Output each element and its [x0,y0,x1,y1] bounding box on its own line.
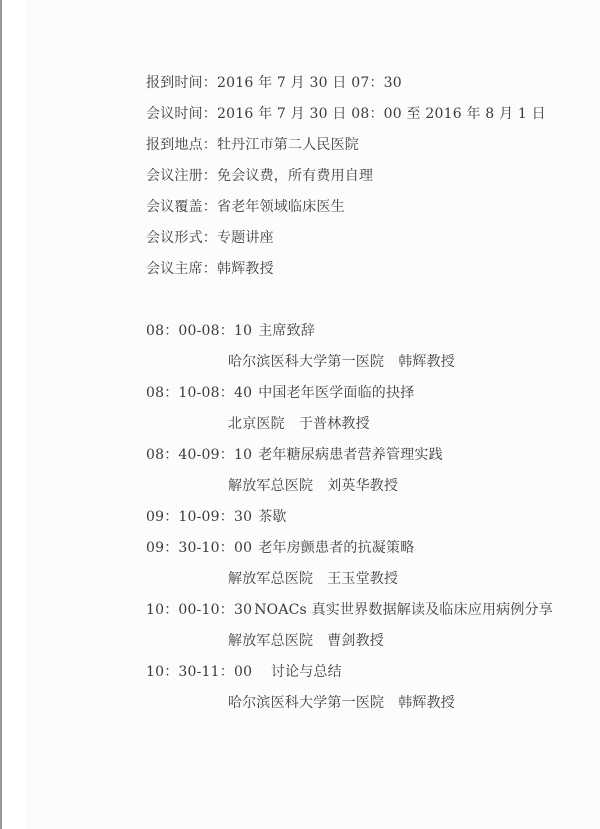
info-label: 会议注册： [146,168,217,184]
agenda-topic: 中国老年医学面临的抉择 [258,385,414,401]
info-meeting-registration: 会议注册：免会议费，所有费用自理 [146,167,373,185]
agenda-time: 09：10-09：30 [146,509,252,525]
agenda-item-speaker: 哈尔滨医科大学第一医院韩辉教授 [228,353,455,371]
info-label: 会议覆盖： [146,199,217,215]
info-value: 省老年领域临床医生 [217,199,345,215]
agenda-item-time-topic: 10：30-11：00 讨论与总结 [146,663,342,681]
agenda-institution: 解放军总医院 [228,633,313,649]
agenda-item-speaker: 解放军总医院曹剑教授 [228,632,384,650]
agenda-institution: 哈尔滨医科大学第一医院 [228,354,384,370]
info-meeting-chair: 会议主席：韩辉教授 [146,260,274,278]
info-label: 报到地点： [146,137,217,153]
agenda-topic: NOACs 真实世界数据解读及临床应用病例分享 [254,602,553,618]
agenda-institution: 哈尔滨医科大学第一医院 [228,695,384,711]
info-value: 2016 年 7 月 30 日 07：30 [217,75,402,91]
agenda-item-speaker: 解放军总医院王玉堂教授 [228,570,398,588]
info-meeting-coverage: 会议覆盖：省老年领域临床医生 [146,198,345,216]
agenda-topic: 讨论与总结 [266,664,342,680]
agenda-item-time-topic: 08：00-08：10主席致辞 [146,322,315,340]
agenda-speaker: 王玉堂教授 [327,571,398,587]
agenda-topic: 茶歇 [258,509,286,525]
agenda-speaker: 刘英华教授 [327,478,398,494]
agenda-time: 08：00-08：10 [146,323,252,339]
info-meeting-time: 会议时间：2016 年 7 月 30 日 08：00 至 2016 年 8 月 … [146,105,546,123]
info-label: 会议主席： [146,261,217,277]
info-value: 免会议费，所有费用自理 [217,168,373,184]
agenda-institution: 解放军总医院 [228,571,313,587]
agenda-time: 08：40-09：10 [146,447,252,463]
agenda-topic: 老年房颤患者的抗凝策略 [258,540,414,556]
agenda-speaker: 韩辉教授 [398,354,455,370]
agenda-time: 09：30-10：00 [146,540,252,556]
info-registration-location: 报到地点：牡丹江市第二人民医院 [146,136,359,154]
agenda-time: 10：00-10：30 [146,602,252,618]
info-value: 专题讲座 [217,230,274,246]
agenda-time: 10：30-11：00 [146,664,252,680]
info-value: 2016 年 7 月 30 日 08：00 至 2016 年 8 月 1 日 [217,106,546,122]
agenda-item-time-topic: 10：00-10：30NOACs 真实世界数据解读及临床应用病例分享 [146,601,553,619]
agenda-item-time-topic: 09：30-10：00老年房颤患者的抗凝策略 [146,539,414,557]
agenda-institution: 北京医院 [228,416,285,432]
agenda-item-speaker: 解放军总医院刘英华教授 [228,477,398,495]
agenda-item-time-topic: 09：10-09：30茶歇 [146,508,287,526]
agenda-topic: 老年糖尿病患者营养管理实践 [258,447,443,463]
info-value: 牡丹江市第二人民医院 [217,137,359,153]
agenda-speaker: 曹剑教授 [327,633,384,649]
agenda-time: 08：10-08：40 [146,385,252,401]
agenda-item-time-topic: 08：40-09：10老年糖尿病患者营养管理实践 [146,446,443,464]
agenda-item-speaker: 哈尔滨医科大学第一医院韩辉教授 [228,694,455,712]
agenda-item-speaker: 北京医院于普林教授 [228,415,370,433]
agenda-item-time-topic: 08：10-08：40中国老年医学面临的抉择 [146,384,414,402]
info-registration-time: 报到时间：2016 年 7 月 30 日 07：30 [146,74,402,92]
agenda-speaker: 韩辉教授 [398,695,455,711]
info-value: 韩辉教授 [217,261,274,277]
document-page: 报到时间：2016 年 7 月 30 日 07：30 会议时间：2016 年 7… [0,0,600,829]
agenda-institution: 解放军总医院 [228,478,313,494]
info-label: 会议时间： [146,106,217,122]
info-label: 报到时间： [146,75,217,91]
agenda-topic: 主席致辞 [258,323,315,339]
agenda-speaker: 于普林教授 [299,416,370,432]
info-meeting-format: 会议形式：专题讲座 [146,229,274,247]
info-label: 会议形式： [146,230,217,246]
